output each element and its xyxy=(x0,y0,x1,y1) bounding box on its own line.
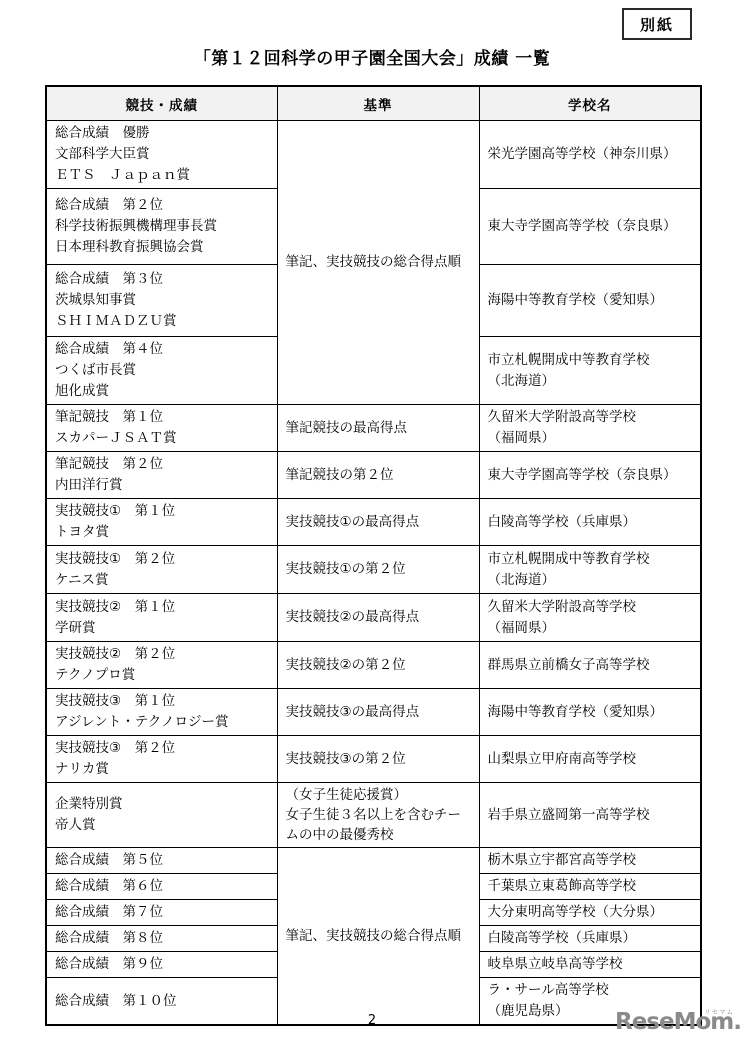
logo-ruby-text: リセマム xyxy=(704,1007,734,1016)
table-row: 実技競技② 第２位 テクノプロ賞 実技競技②の第２位 群馬県立前橋女子高等学校 xyxy=(46,642,701,689)
criteria-cell: 実技競技①の第２位 xyxy=(277,546,479,594)
attachment-label: 別紙 xyxy=(622,8,692,40)
criteria-cell-merged-bottom: 筆記、実技競技の総合得点順 xyxy=(277,848,479,1026)
school-cell: 東大寺学園高等学校（奈良県） xyxy=(479,452,701,499)
criteria-cell: 実技競技②の第２位 xyxy=(277,642,479,689)
table-row: 実技競技② 第１位 学研賞 実技競技②の最高得点 久留米大学附設高等学校 （福岡… xyxy=(46,594,701,642)
result-cell: 実技競技③ 第２位 ナリカ賞 xyxy=(46,736,277,783)
result-cell: 実技競技② 第２位 テクノプロ賞 xyxy=(46,642,277,689)
results-table: 競技・成績 基準 学校名 総合成績 優勝 文部科学大臣賞 ＥＴＳ Ｊａｐａｎ賞 … xyxy=(45,85,702,1026)
column-header-criteria: 基準 xyxy=(277,86,479,121)
school-cell: 白陵高等学校（兵庫県） xyxy=(479,926,701,952)
page-title: 「第１２回科学の甲子園全国大会」成績 一覧 xyxy=(0,44,744,69)
criteria-cell: （女子生徒応援賞） 女子生徒３名以上を含むチー ムの中の最優秀校 xyxy=(277,783,479,848)
result-cell: 総合成績 第５位 xyxy=(46,848,277,874)
table-row: 企業特別賞 帝人賞 （女子生徒応援賞） 女子生徒３名以上を含むチー ムの中の最優… xyxy=(46,783,701,848)
school-cell: 岐阜県立岐阜高等学校 xyxy=(479,952,701,978)
criteria-cell: 実技競技②の最高得点 xyxy=(277,594,479,642)
result-cell: 総合成績 優勝 文部科学大臣賞 ＥＴＳ Ｊａｐａｎ賞 xyxy=(46,121,277,189)
result-cell: 筆記競技 第１位 スカパーＪＳＡＴ賞 xyxy=(46,405,277,452)
school-cell: 白陵高等学校（兵庫県） xyxy=(479,499,701,546)
table-row: 実技競技③ 第２位 ナリカ賞 実技競技③の第２位 山梨県立甲府南高等学校 xyxy=(46,736,701,783)
school-cell: 大分東明高等学校（大分県） xyxy=(479,900,701,926)
table-row: 総合成績 優勝 文部科学大臣賞 ＥＴＳ Ｊａｐａｎ賞 筆記、実技競技の総合得点順… xyxy=(46,121,701,189)
criteria-cell: 実技競技③の最高得点 xyxy=(277,689,479,736)
table-row: 筆記競技 第１位 スカパーＪＳＡＴ賞 筆記競技の最高得点 久留米大学附設高等学校… xyxy=(46,405,701,452)
table-row: 筆記競技 第２位 内田洋行賞 筆記競技の第２位 東大寺学園高等学校（奈良県） xyxy=(46,452,701,499)
school-cell: 栃木県立宇都宮高等学校 xyxy=(479,848,701,874)
result-cell: 総合成績 第９位 xyxy=(46,952,277,978)
table-row: 総合成績 第５位 筆記、実技競技の総合得点順 栃木県立宇都宮高等学校 xyxy=(46,848,701,874)
result-cell: 実技競技① 第２位 ケニス賞 xyxy=(46,546,277,594)
result-cell: 総合成績 第３位 茨城県知事賞 ＳＨＩＭＡＤＺＵ賞 xyxy=(46,265,277,337)
result-cell: 筆記競技 第２位 内田洋行賞 xyxy=(46,452,277,499)
school-cell: 海陽中等教育学校（愛知県） xyxy=(479,689,701,736)
school-cell: 岩手県立盛岡第一高等学校 xyxy=(479,783,701,848)
result-cell: 企業特別賞 帝人賞 xyxy=(46,783,277,848)
column-header-result: 競技・成績 xyxy=(46,86,277,121)
school-cell: 市立札幌開成中等教育学校 （北海道） xyxy=(479,337,701,405)
table-row: 実技競技③ 第１位 アジレント・テクノロジー賞 実技競技③の最高得点 海陽中等教… xyxy=(46,689,701,736)
result-cell: 総合成績 第４位 つくば市長賞 旭化成賞 xyxy=(46,337,277,405)
result-cell: 実技競技② 第１位 学研賞 xyxy=(46,594,277,642)
header-row: 競技・成績 基準 学校名 xyxy=(46,86,701,121)
school-cell: 市立札幌開成中等教育学校 （北海道） xyxy=(479,546,701,594)
result-cell: 総合成績 第８位 xyxy=(46,926,277,952)
school-cell: 群馬県立前橋女子高等学校 xyxy=(479,642,701,689)
school-cell: 山梨県立甲府南高等学校 xyxy=(479,736,701,783)
result-cell: 総合成績 第２位 科学技術振興機構理事長賞 日本理科教育振興協会賞 xyxy=(46,189,277,265)
resemom-logo: リセマム ReseMom. xyxy=(615,1009,741,1043)
criteria-cell: 筆記競技の第２位 xyxy=(277,452,479,499)
school-cell: 久留米大学附設高等学校 （福岡県） xyxy=(479,594,701,642)
criteria-cell: 実技競技①の最高得点 xyxy=(277,499,479,546)
table-row: 実技競技① 第１位 トヨタ賞 実技競技①の最高得点 白陵高等学校（兵庫県） xyxy=(46,499,701,546)
result-cell: 総合成績 第６位 xyxy=(46,874,277,900)
school-cell: 久留米大学附設高等学校 （福岡県） xyxy=(479,405,701,452)
result-cell: 総合成績 第７位 xyxy=(46,900,277,926)
table-row: 実技競技① 第２位 ケニス賞 実技競技①の第２位 市立札幌開成中等教育学校 （北… xyxy=(46,546,701,594)
document-page: 別紙 「第１２回科学の甲子園全国大会」成績 一覧 競技・成績 基準 学校名 総合… xyxy=(0,0,744,1046)
criteria-cell: 筆記競技の最高得点 xyxy=(277,405,479,452)
school-cell: 栄光学園高等学校（神奈川県） xyxy=(479,121,701,189)
school-cell: 海陽中等教育学校（愛知県） xyxy=(479,265,701,337)
criteria-cell: 実技競技③の第２位 xyxy=(277,736,479,783)
column-header-school: 学校名 xyxy=(479,86,701,121)
criteria-cell-merged-top: 筆記、実技競技の総合得点順 xyxy=(277,121,479,405)
result-cell: 実技競技① 第１位 トヨタ賞 xyxy=(46,499,277,546)
school-cell: 千葉県立東葛飾高等学校 xyxy=(479,874,701,900)
school-cell: 東大寺学園高等学校（奈良県） xyxy=(479,189,701,265)
result-cell: 実技競技③ 第１位 アジレント・テクノロジー賞 xyxy=(46,689,277,736)
